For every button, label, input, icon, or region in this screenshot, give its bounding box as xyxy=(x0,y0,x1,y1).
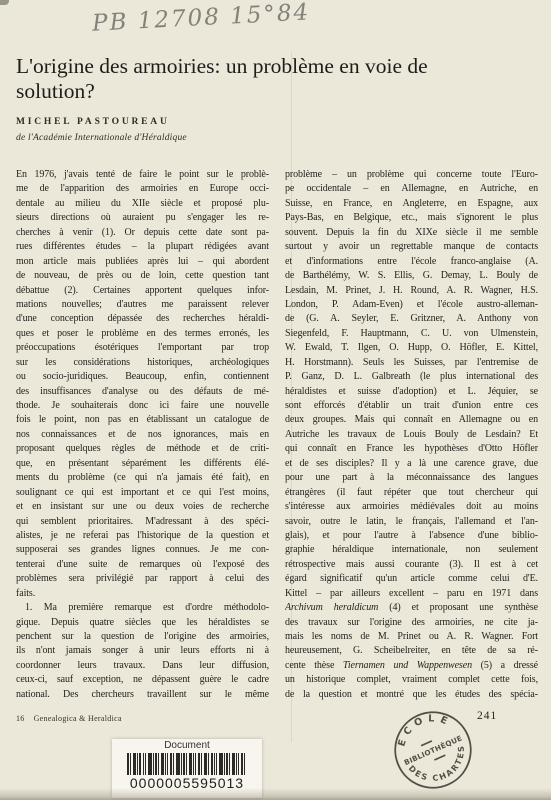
text-line: héraldistes et suisse d'adoption) et L. … xyxy=(285,385,538,399)
text-line: proposant quelques règles de méthode et … xyxy=(16,442,269,456)
text-line: Siegenfeld, F. Hauptmann, C. U. von Ulme… xyxy=(285,327,538,341)
text-line: pour une part à la méconnaissance des la… xyxy=(285,471,538,485)
text-line: me de l'apparition des armoiries en Euro… xyxy=(16,182,269,196)
text-line: Lesdain, M. Prinet, J. H. Round, A. R. W… xyxy=(285,284,538,298)
running-footer: 16Genealogica & Heraldica xyxy=(16,714,122,723)
text-line: des insuffisances d'analyse ou des défau… xyxy=(16,385,269,399)
text-line: thode. Je souhaiterais donc ici faire un… xyxy=(16,399,269,413)
text-line: nos connaissances et de nos ignorances, … xyxy=(16,428,269,442)
library-stamp: ECOLE DES CHARTES BIBLIOTHÈQUE xyxy=(387,704,479,796)
text-line: national. Des chercheurs travaillent sur… xyxy=(16,688,269,702)
text-line: s'intéresse aux armoiries médiévales doi… xyxy=(285,500,538,514)
scan-corner-artifact xyxy=(0,0,9,5)
text-line: problèmes sera privilégié par rapport à … xyxy=(16,572,269,586)
text-line: Archivum heraldicum (4) et proposant une… xyxy=(285,601,538,615)
text-line: qui semblent prioritaires. M'adressant à… xyxy=(16,515,269,529)
scan-edge-shadow xyxy=(0,788,551,800)
text-line: tenterai d'une suite de remarques où l'e… xyxy=(16,558,269,572)
text-line: ceux-ci, sauf exception, ne dépassent gu… xyxy=(16,673,269,687)
text-line: pe occidentale – en Allemagne, en Autric… xyxy=(285,182,538,196)
right-column: problème – un problème qui concerne tout… xyxy=(285,168,538,702)
text-line: souvent. Depuis la fin du XIXe siècle il… xyxy=(285,226,538,240)
text-line: ils n'ont jamais songer à unir leurs eff… xyxy=(16,644,269,658)
text-line: Suisse, en France, en Angleterre, en Esp… xyxy=(285,197,538,211)
text-line: sont efforcés d'établir un trait d'union… xyxy=(285,399,538,413)
text-line: 1. Ma première remarque est d'ordre méth… xyxy=(16,601,269,615)
article-body: En 1976, j'avais tenté de faire le point… xyxy=(16,168,538,702)
text-line: que, en présentant séparément les différ… xyxy=(16,457,269,471)
text-line: de nouveau, de près ou de loin, cette qu… xyxy=(16,269,269,283)
text-line: deux groupes. Mais qui connaît en Allema… xyxy=(285,413,538,427)
text-line: rétrospective mais aussi courante (3). I… xyxy=(285,558,538,572)
text-line: Kittel – par ailleurs excellent – paru e… xyxy=(285,587,538,601)
text-line: dentale au milieu du XIIe siècle et prop… xyxy=(16,197,269,211)
text-line: W. Ewald, T. Ilgen, O. Hupp, O. Höfler, … xyxy=(285,341,538,355)
text-line: ques et poser le problème en des termes … xyxy=(16,327,269,341)
text-line: savoir, outre le latin, le français, l'a… xyxy=(285,515,538,529)
text-line: et d'informations entre l'école franco-a… xyxy=(285,255,538,269)
barcode-caption: Document xyxy=(112,739,262,752)
text-line: étrangères (il faut répéter que tout che… xyxy=(285,486,538,500)
text-line: débattue (2). Certaines apportent quelqu… xyxy=(16,284,269,298)
page-title: L'origine des armoiries: un problème en … xyxy=(16,54,502,104)
stamp-dash-bottom xyxy=(434,755,445,760)
text-line: rues différentes études – la plupart réd… xyxy=(16,240,269,254)
text-line: faits. xyxy=(16,587,269,601)
barcode-icon xyxy=(127,753,247,775)
page-number: 241 xyxy=(477,710,497,722)
text-line: mais les noms de M. Prinet ou A. R. Wagn… xyxy=(285,630,538,644)
text-line: H. Horstmann). Seuls les Suisses, par l'… xyxy=(285,356,538,370)
text-line: Autriche les travaux de Louis Bouly de L… xyxy=(285,428,538,442)
text-line: cente thèse Tiernamen und Wappenwesen (5… xyxy=(285,659,538,673)
text-line: glais), et pour l'autre à l'absence d'un… xyxy=(285,529,538,543)
text-line: soulignant ce qui est important et ce qu… xyxy=(16,486,269,500)
author-name: MICHEL PASTOUREAU xyxy=(16,117,170,127)
text-line: un historique complet, vraiment complet … xyxy=(285,673,538,687)
text-line: de (G. A. Seyler, E. Gritzner, A. Anthon… xyxy=(285,312,538,326)
text-line: Pays-Bas, en Belgique, etc., mais s'igno… xyxy=(285,211,538,225)
text-line: problème – un problème qui concerne tout… xyxy=(285,168,538,182)
text-line: de la question et montré que les études … xyxy=(285,688,538,702)
text-line: et de ses disciples? Il y a là une caren… xyxy=(285,457,538,471)
text-line: P. Ganz, D. L. Galbreath (le plus intern… xyxy=(285,370,538,384)
handwritten-shelfmark: PB 12708 15°84 xyxy=(91,0,352,37)
text-line: surtout y avoir un regrettable manque de… xyxy=(285,240,538,254)
text-line: gique. Depuis quatre siècles que les hér… xyxy=(16,616,269,630)
scanned-page: PB 12708 15°84 L'origine des armoiries: … xyxy=(0,0,551,800)
left-column: En 1976, j'avais tenté de faire le point… xyxy=(16,168,269,702)
text-line: fois le point, non pas en établissant un… xyxy=(16,413,269,427)
text-line: qui connaît en France les hypothèses d'O… xyxy=(285,442,538,456)
text-line: penchent sur la question de l'origine de… xyxy=(16,630,269,644)
text-line: graphie héraldique internationale, non s… xyxy=(285,543,538,557)
text-line: sieurs directions où auraient pu s'engag… xyxy=(16,211,269,225)
text-line: ments du problème (ce qui n'a jamais été… xyxy=(16,471,269,485)
text-line: ou socio-juridiques. Beaucoup, enfin, co… xyxy=(16,370,269,384)
text-line: sur les considérations historiques, arch… xyxy=(16,356,269,370)
text-line: préoccupations ésotériques l'emportant p… xyxy=(16,341,269,355)
text-line: d'une conception dépassée des recherches… xyxy=(16,312,269,326)
author-affiliation: de l'Académie Internationale d'Héraldiqu… xyxy=(16,133,187,143)
stamp-dash-top xyxy=(421,741,432,746)
text-line: égard significatif qu'un article comme c… xyxy=(285,572,538,586)
series-title: Genealogica & Heraldica xyxy=(34,714,122,723)
text-line: coordonner leurs travaux. Dans leur diff… xyxy=(16,659,269,673)
text-line: supposerai ses grandes lignes connues. J… xyxy=(16,543,269,557)
text-line: mon article mais publiées après lui – qu… xyxy=(16,255,269,269)
text-line: mations nouvelles; d'autres me paraissen… xyxy=(16,298,269,312)
text-line: alistes, je ne referai pas l'historique … xyxy=(16,529,269,543)
text-line: London, P. Adam-Even) et l'école austro-… xyxy=(285,298,538,312)
text-line: et en insistant sur une ou deux voies de… xyxy=(16,500,269,514)
signature-number: 16 xyxy=(16,714,25,723)
text-line: de Barthélémy, W. S. Ellis, G. Demay, L.… xyxy=(285,269,538,283)
text-line: des travaux sur l'origine des armoiries,… xyxy=(285,616,538,630)
text-line: heureusement, G. Scheibelreiter, en tête… xyxy=(285,644,538,658)
text-line: En 1976, j'avais tenté de faire le point… xyxy=(16,168,269,182)
text-line: cherches à venir (1). Or depuis cette da… xyxy=(16,226,269,240)
